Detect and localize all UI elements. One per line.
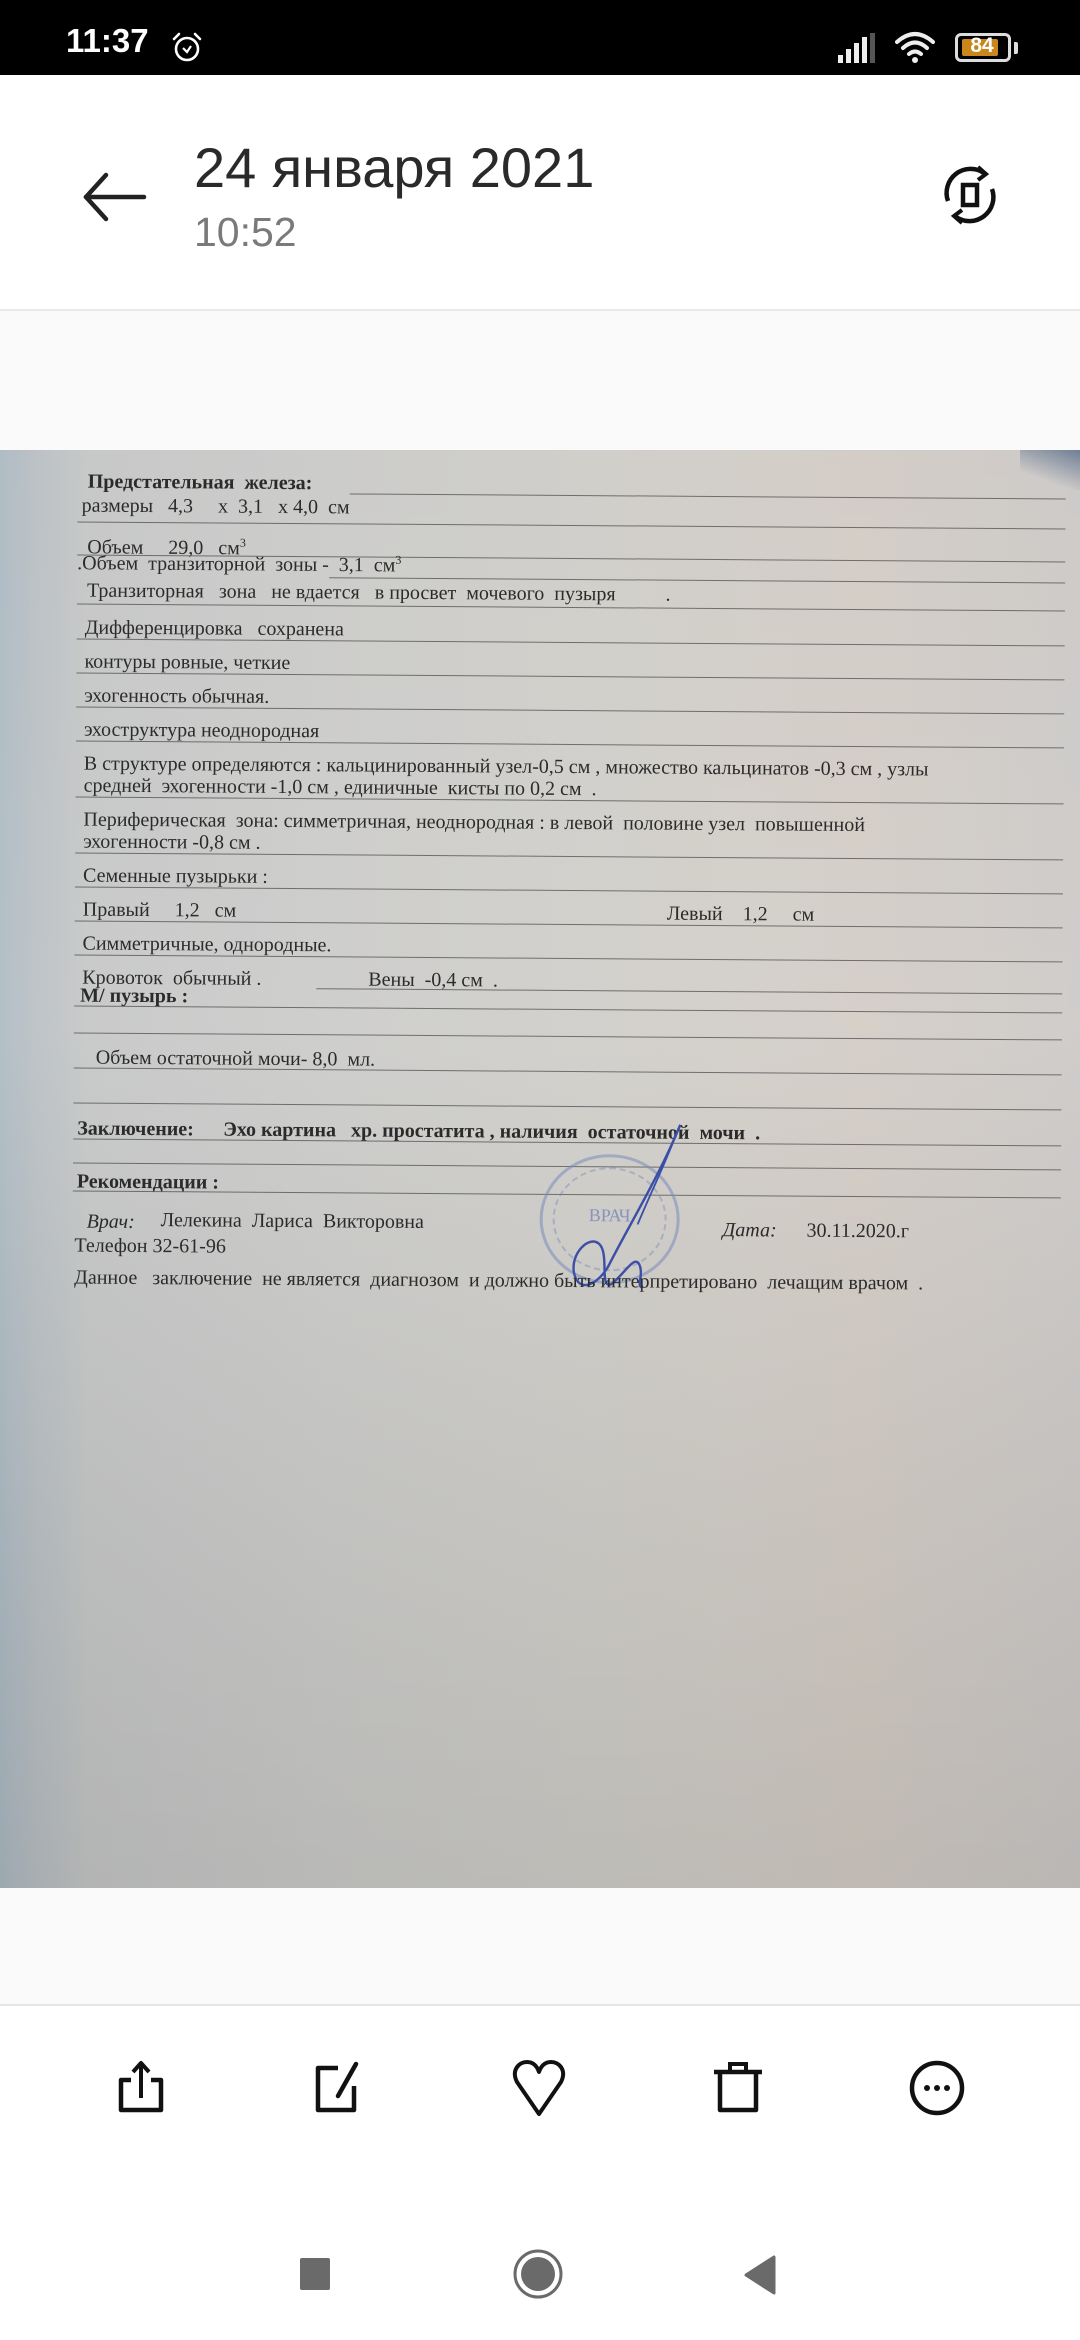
doctor-phone: Телефон 32-61-96 xyxy=(74,1235,226,1259)
photo-action-toolbar xyxy=(0,2004,1080,2213)
ultrasound-report: Предстательная железа: размеры 4,3 х 3,1… xyxy=(0,450,1080,1888)
heart-icon[interactable] xyxy=(509,2058,569,2118)
share-icon[interactable] xyxy=(111,2058,171,2118)
peripheral-zone-line2: эхогенности -0,8 см . xyxy=(83,831,260,855)
seminal-vesicles: Семенные пузырьки : xyxy=(83,865,268,889)
photo-viewer[interactable]: Предстательная железа: размеры 4,3 х 3,1… xyxy=(0,311,1080,2003)
battery-percent: 84 xyxy=(964,34,1000,58)
status-time: 11:37 xyxy=(66,22,149,60)
photo-date-title: 24 января 2021 xyxy=(194,135,594,200)
alarm-clock-icon xyxy=(170,30,204,64)
date-label: Дата: xyxy=(722,1219,776,1242)
battery-tip xyxy=(1014,42,1018,54)
photo-header: 24 января 2021 10:52 xyxy=(0,75,1080,311)
prostate-sizes: размеры 4,3 х 3,1 х 4,0 см xyxy=(82,495,350,520)
wifi-icon xyxy=(895,30,935,64)
edit-icon[interactable] xyxy=(308,2058,368,2118)
document-photo[interactable]: Предстательная железа: размеры 4,3 х 3,1… xyxy=(0,450,1080,1888)
back-triangle-icon[interactable] xyxy=(742,2255,776,2295)
system-navigation-bar xyxy=(0,2211,1080,2340)
doctor-name: Лелекина Лариса Викторовна xyxy=(161,1209,424,1234)
rotate-screen-icon[interactable] xyxy=(936,161,1004,229)
left-vesicle: Левый 1,2 см xyxy=(667,903,815,927)
right-vesicle: Правый 1,2 см xyxy=(83,899,237,923)
date-value: 30.11.2020.г xyxy=(806,1220,909,1244)
echogenicity: эхогенность обычная. xyxy=(84,685,269,709)
arrow-left-icon[interactable] xyxy=(80,165,152,229)
transition-zone-line: Транзиторная зона не вдается в просвет м… xyxy=(87,580,671,607)
vesicles-symmetric: Симметричные, однородные. xyxy=(82,933,331,958)
battery-icon: 84 xyxy=(955,33,1011,62)
contours: контуры ровные, четкие xyxy=(84,651,290,675)
doctor-label: Врач: xyxy=(87,1211,135,1234)
differentiation: Дифференцировка сохранена xyxy=(85,617,344,642)
recents-square-icon[interactable] xyxy=(298,2256,332,2292)
trash-icon[interactable] xyxy=(708,2058,768,2118)
echostructure: эхоструктура неоднородная xyxy=(84,719,319,744)
disclaimer: Данное заключение не является диагнозом … xyxy=(74,1267,923,1296)
status-bar: 11:37 84 xyxy=(0,0,1080,75)
section-prostate: Предстательная железа: xyxy=(88,471,313,496)
transition-zone-volume: .Объем транзиторной зоны - 3,1 см3 xyxy=(77,551,401,578)
photo-time-subtitle: 10:52 xyxy=(194,209,297,256)
home-circle-icon[interactable] xyxy=(512,2248,564,2300)
cellular-signal-icon xyxy=(838,33,878,63)
more-icon[interactable] xyxy=(907,2058,967,2118)
